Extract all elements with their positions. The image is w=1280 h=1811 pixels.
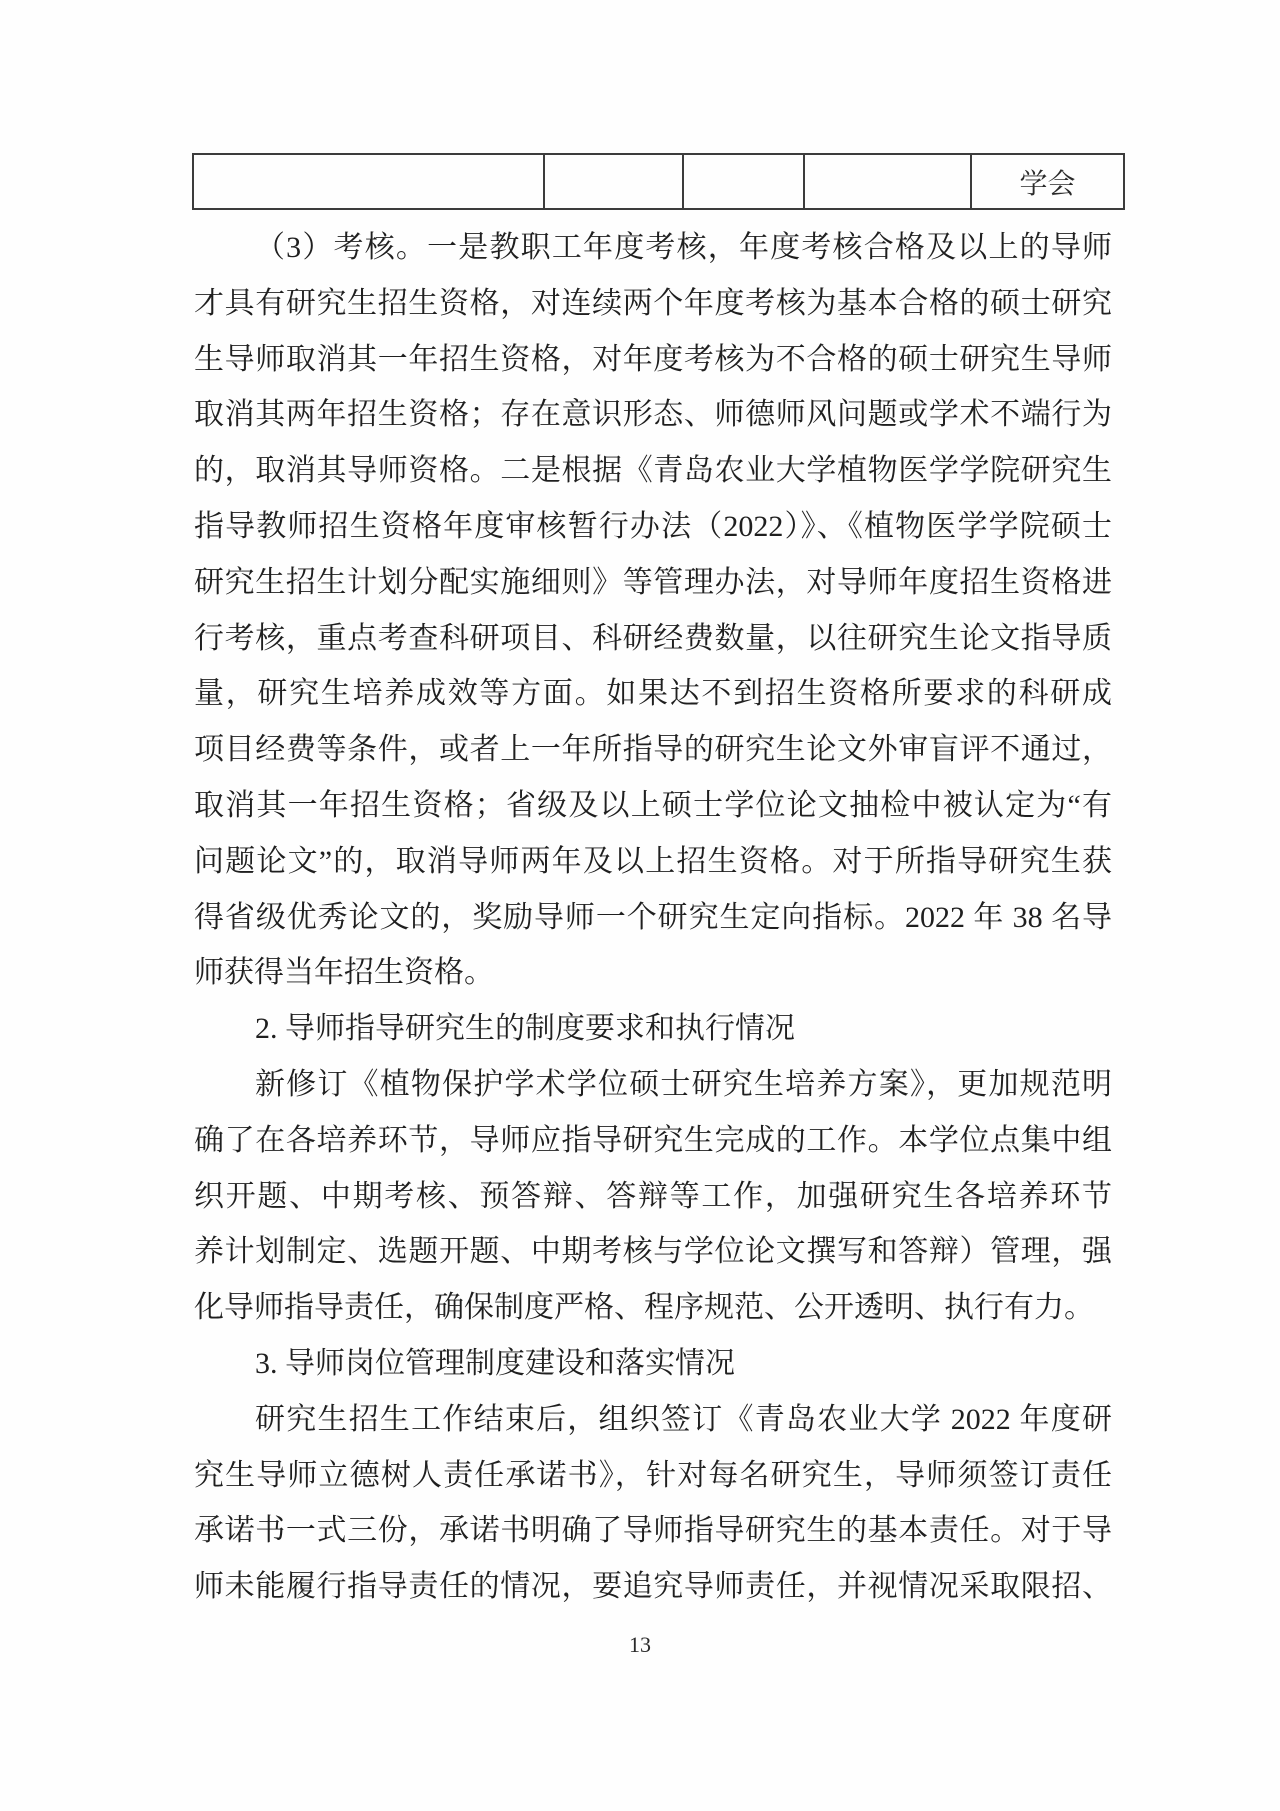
text-line: 新修订《植物保护学术学位硕士研究生培养方案》，更加规范明 (194, 1057, 1112, 1113)
text-line: 才具有研究生招生资格，对连续两个年度考核为基本合格的硕士研究 (194, 276, 1112, 332)
table-cell (194, 155, 543, 208)
body-text: （3）考核。一是教职工年度考核，年度考核合格及以上的导师 才具有研究生招生资格，… (194, 220, 1112, 1615)
text-line: 问题论文”的，取消导师两年及以上招生资格。对于所指导研究生获 (194, 834, 1112, 890)
table-cell (682, 155, 803, 208)
text-line: 量，研究生培养成效等方面。如果达不到招生资格所要求的科研成果、 (194, 666, 1112, 722)
text-line: 承诺书一式三份，承诺书明确了导师指导研究生的基本责任。对于导 (194, 1503, 1112, 1559)
text-line: 生导师取消其一年招生资格，对年度考核为不合格的硕士研究生导师 (194, 332, 1112, 388)
table-cell: 学会 (970, 155, 1123, 208)
text-line: 师获得当年招生资格。 (194, 945, 1112, 1001)
text-line: 师未能履行指导责任的情况，要追究导师责任，并视情况采取限招、 (194, 1559, 1112, 1615)
section-heading: 3. 导师岗位管理制度建设和落实情况 (194, 1336, 1112, 1392)
section-heading: 2. 导师指导研究生的制度要求和执行情况 (194, 1001, 1112, 1057)
text-line: 指导教师招生资格年度审核暂行办法（2022）》、《植物医学学院硕士 (194, 499, 1112, 555)
text-line: 究生导师立德树人责任承诺书》，针对每名研究生，导师须签订责任 (194, 1448, 1112, 1504)
text-line: 的，取消其导师资格。二是根据《青岛农业大学植物医学学院研究生 (194, 443, 1112, 499)
text-line: 研究生招生工作结束后，组织签订《青岛农业大学 2022 年度研 (194, 1392, 1112, 1448)
text-line: 取消其两年招生资格；存在意识形态、师德师风问题或学术不端行为 (194, 387, 1112, 443)
table-cell (803, 155, 970, 208)
text-line: 养计划制定、选题开题、中期考核与学位论文撰写和答辩）管理，强 (194, 1224, 1112, 1280)
document-page: 学会 （3）考核。一是教职工年度考核，年度考核合格及以上的导师 才具有研究生招生… (0, 0, 1280, 1811)
carryover-table-row: 学会 (192, 153, 1125, 210)
text-line: （3）考核。一是教职工年度考核，年度考核合格及以上的导师 (194, 220, 1112, 276)
text-line: 织开题、中期考核、预答辩、答辩等工作，加强研究生各培养环节（培 (194, 1169, 1112, 1225)
text-line: 项目经费等条件，或者上一年所指导的研究生论文外审盲评不通过， (194, 722, 1112, 778)
text-line: 行考核，重点考查科研项目、科研经费数量，以往研究生论文指导质 (194, 611, 1112, 667)
text-line: 研究生招生计划分配实施细则》等管理办法，对导师年度招生资格进 (194, 555, 1112, 611)
text-line: 取消其一年招生资格；省级及以上硕士学位论文抽检中被认定为“有 (194, 778, 1112, 834)
page-number: 13 (0, 1632, 1280, 1658)
text-line: 得省级优秀论文的，奖励导师一个研究生定向指标。2022 年 38 名导 (194, 890, 1112, 946)
text-line: 化导师指导责任，确保制度严格、程序规范、公开透明、执行有力。 (194, 1280, 1112, 1336)
text-line: 确了在各培养环节，导师应指导研究生完成的工作。本学位点集中组 (194, 1113, 1112, 1169)
table-cell (543, 155, 682, 208)
